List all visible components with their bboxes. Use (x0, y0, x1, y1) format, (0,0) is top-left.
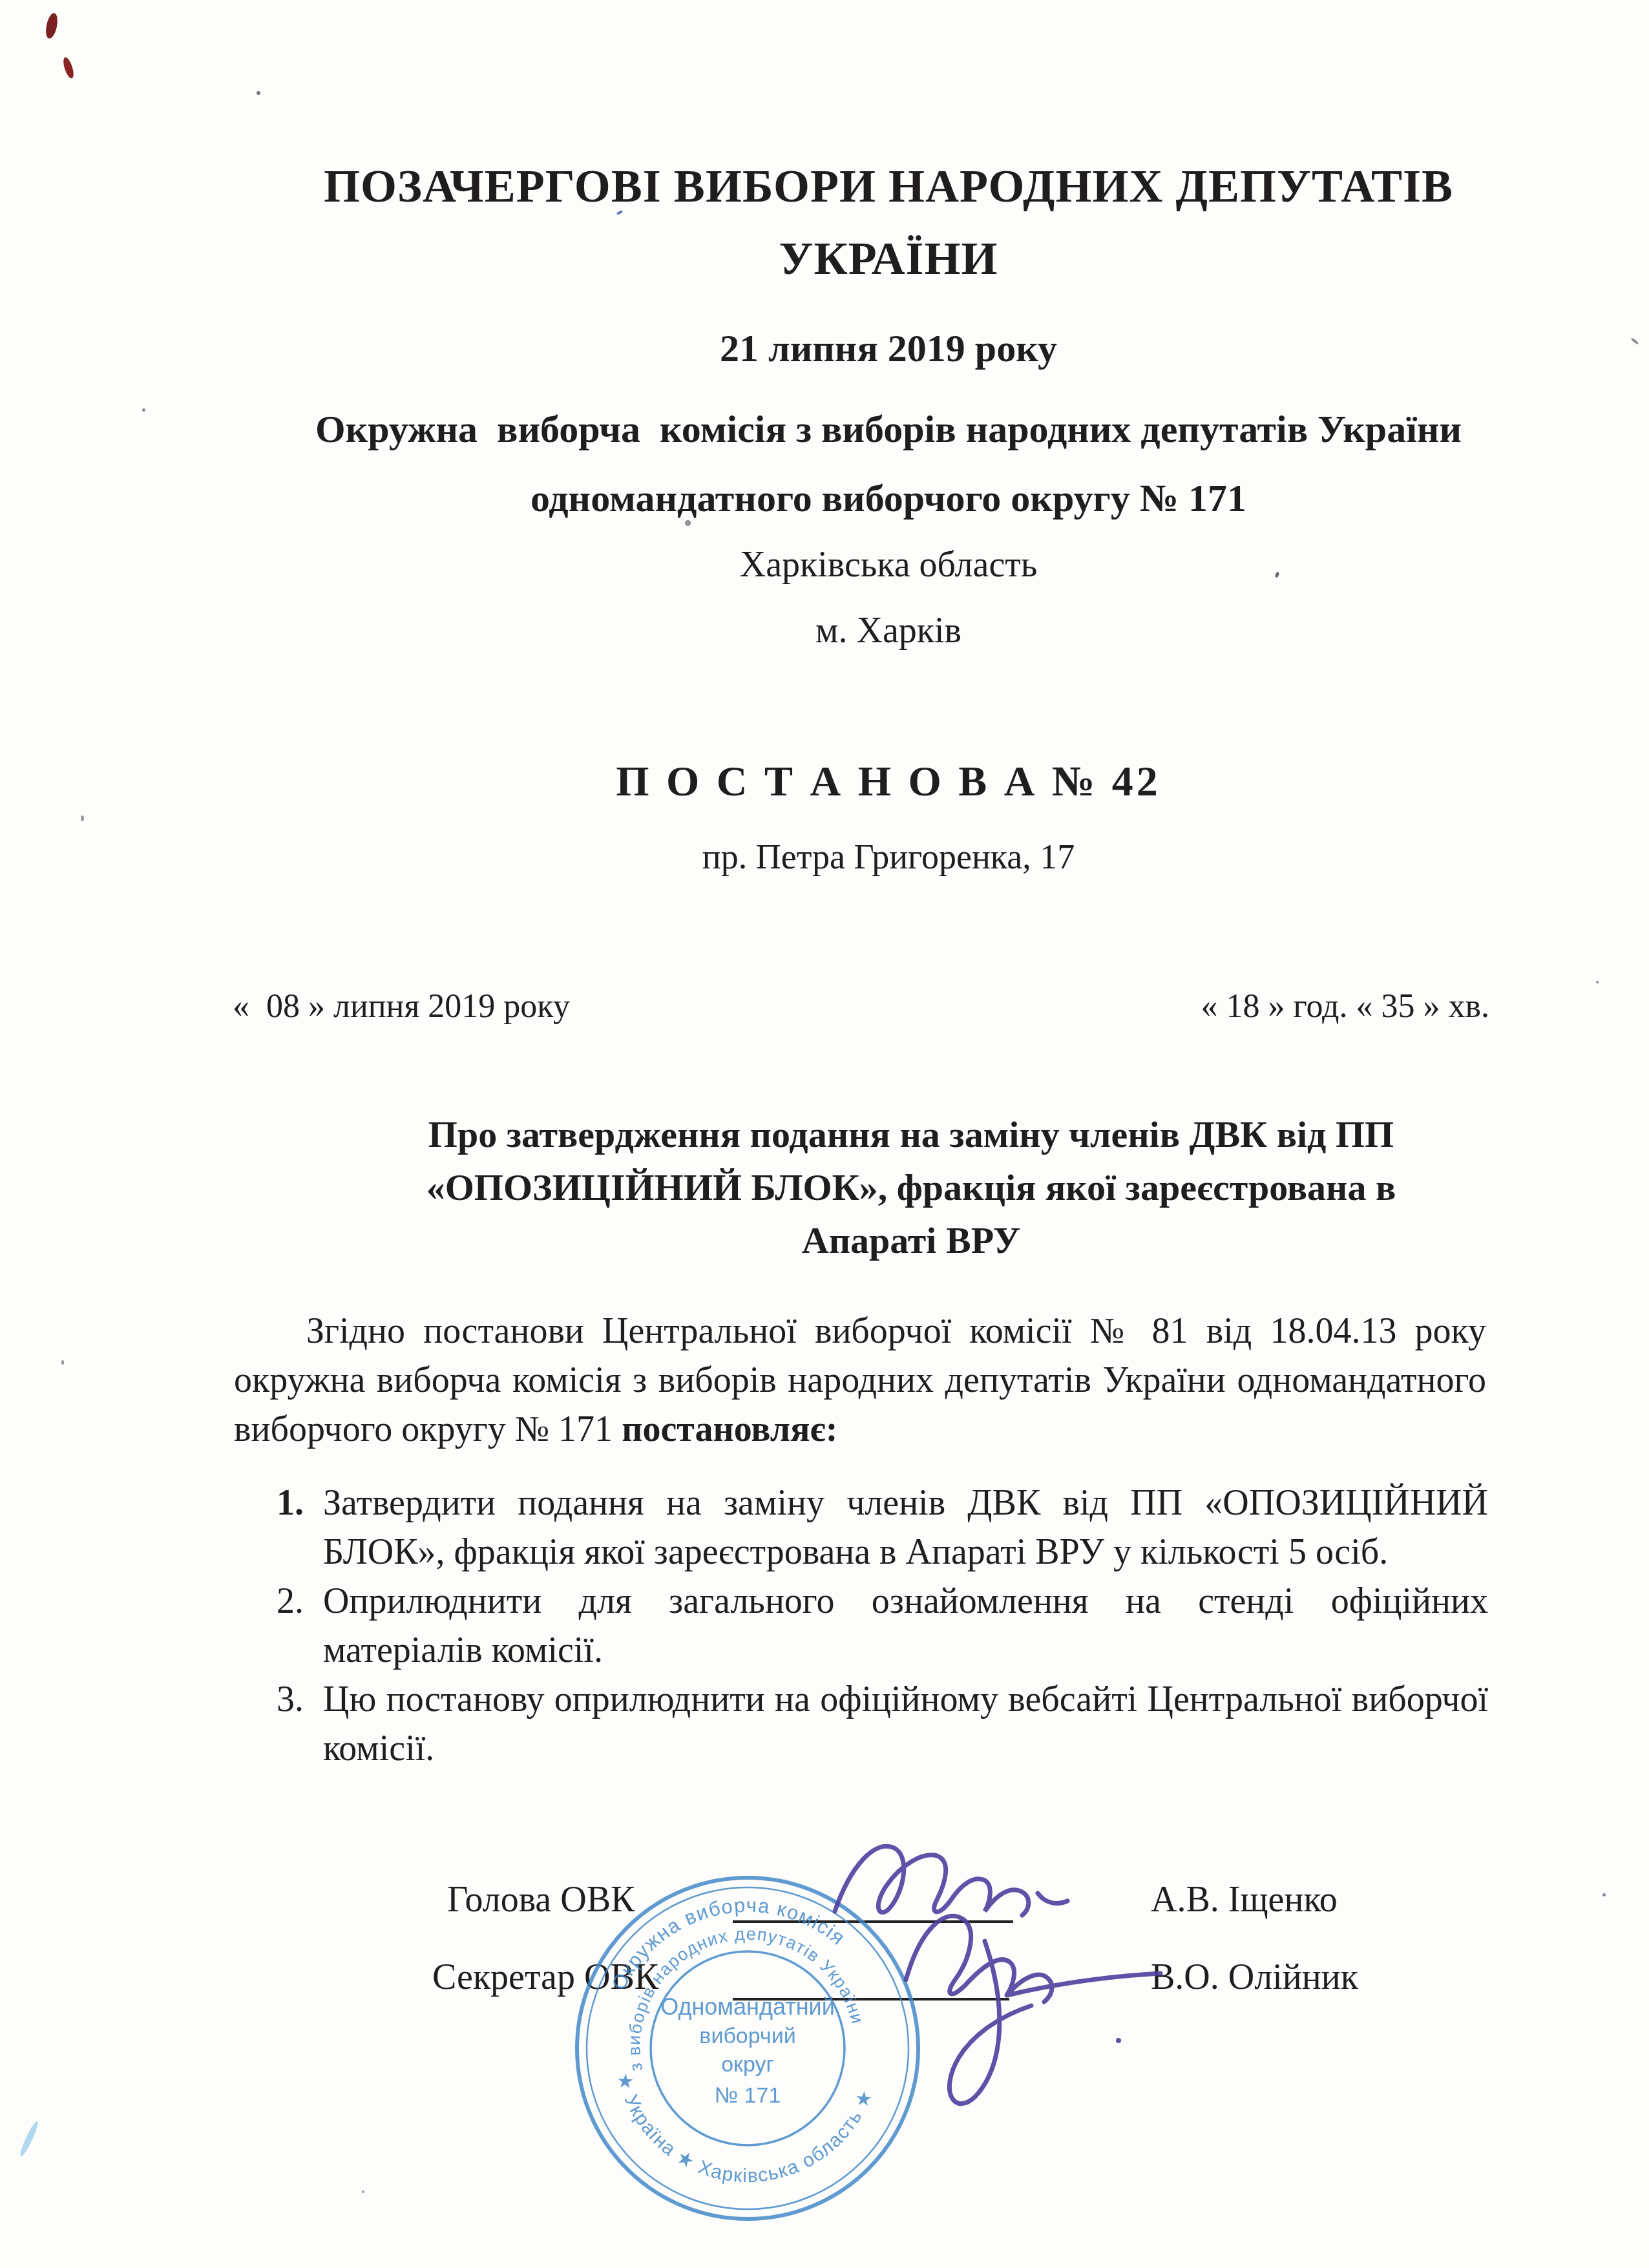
commission-name-line1: Окружна виборча комісія з виборів народн… (262, 407, 1515, 452)
list-item-number: 3. (277, 1675, 323, 1724)
scan-artifact (685, 520, 691, 526)
scan-artifact (61, 56, 76, 79)
resolution-body-paragraph: Згідно постанови Центральної виборчої ко… (234, 1307, 1486, 1454)
list-item-text: Затвердити подання на заміну членів ДВК … (323, 1478, 1488, 1577)
stamp-outer-ring (577, 1878, 918, 2219)
date-time-row: « 08 » липня 2019 року « 18 » год. « 35 … (233, 987, 1489, 1025)
city-name: м. Харків (262, 610, 1515, 651)
commission-name-line2: одномандатного виборчого округу № 171 (262, 476, 1515, 521)
signature-role-secretary: Секретар ОВК (432, 1957, 658, 1998)
stamp-ring-text-bottom: ★ Україна ★ Харківська область ★ (605, 2069, 877, 2196)
stamp-center-line3: округ (721, 2052, 774, 2077)
stamp-and-signatures-layer: Окружна виборча комісія з виборів народн… (549, 1829, 1202, 2268)
list-item-number: 1. (277, 1478, 323, 1528)
handwritten-signature-head (835, 1846, 1067, 1915)
scan-artifact (142, 408, 145, 412)
stamp-second-ring (587, 1887, 909, 2209)
signature-name-secretary: В.О. Олійник (1151, 1957, 1358, 1998)
stamp-center-line2: виборчий (699, 2024, 795, 2048)
list-item: 1. Затвердити подання на заміну членів Д… (277, 1478, 1488, 1577)
scanned-resolution-document: ПОЗАЧЕРГОВІ ВИБОРИ НАРОДНИХ ДЕПУТАТІВ УК… (0, 0, 1649, 2268)
official-round-stamp: Окружна виборча комісія з виборів народн… (577, 1871, 918, 2219)
paragraph-bold-word: постановляє: (622, 1409, 837, 1449)
list-item-text: Цю постанову оприлюднити на офіційному в… (323, 1675, 1488, 1773)
list-item: 3. Цю постанову оприлюднити на офіційном… (277, 1675, 1488, 1773)
scan-artifact (1602, 1893, 1606, 1896)
resolution-date: « 08 » липня 2019 року (233, 987, 570, 1025)
resolution-subject: Про затвердження подання на заміну члені… (394, 1108, 1428, 1267)
stamp-center-line1: Одномандатний (660, 1993, 835, 2020)
scan-artifact (362, 2190, 364, 2193)
svg-text:★ Україна ★ Харківська область: ★ Україна ★ Харківська область ★ (605, 2069, 877, 2196)
scan-artifact (44, 12, 59, 39)
list-item-number: 2. (277, 1577, 323, 1626)
scan-artifact (61, 1360, 64, 1365)
election-date: 21 липня 2019 року (262, 326, 1515, 371)
handwritten-signature-secretary (906, 1916, 1161, 2103)
resolution-time: « 18 » год. « 35 » хв. (1201, 987, 1489, 1025)
scan-artifact (18, 2120, 40, 2158)
stamp-inner-ring (651, 1951, 845, 2145)
scan-artifact (81, 815, 84, 821)
signature-role-head: Голова ОВК (447, 1879, 635, 1920)
stamp-center-line4: № 171 (715, 2083, 781, 2108)
resolution-address: пр. Петра Григоренка, 17 (262, 837, 1515, 877)
signature-name-head: А.В. Іщенко (1151, 1879, 1338, 1920)
resolution-title: П О С Т А Н О В А № 42 (262, 757, 1515, 806)
list-item-text: Оприлюднити для загального ознайомлення … (323, 1577, 1488, 1675)
scan-artifact (1630, 337, 1639, 345)
scan-artifact (1596, 981, 1599, 983)
scan-artifact (257, 91, 260, 95)
region-name: Харківська область (262, 544, 1515, 585)
list-item: 2. Оприлюднити для загального ознайомлен… (277, 1577, 1488, 1675)
resolution-items: 1. Затвердити подання на заміну членів Д… (277, 1478, 1488, 1773)
document-title: ПОЗАЧЕРГОВІ ВИБОРИ НАРОДНИХ ДЕПУТАТІВ УК… (262, 150, 1515, 295)
paragraph-text: Згідно постанови Центральної виборчої ко… (234, 1311, 1486, 1449)
